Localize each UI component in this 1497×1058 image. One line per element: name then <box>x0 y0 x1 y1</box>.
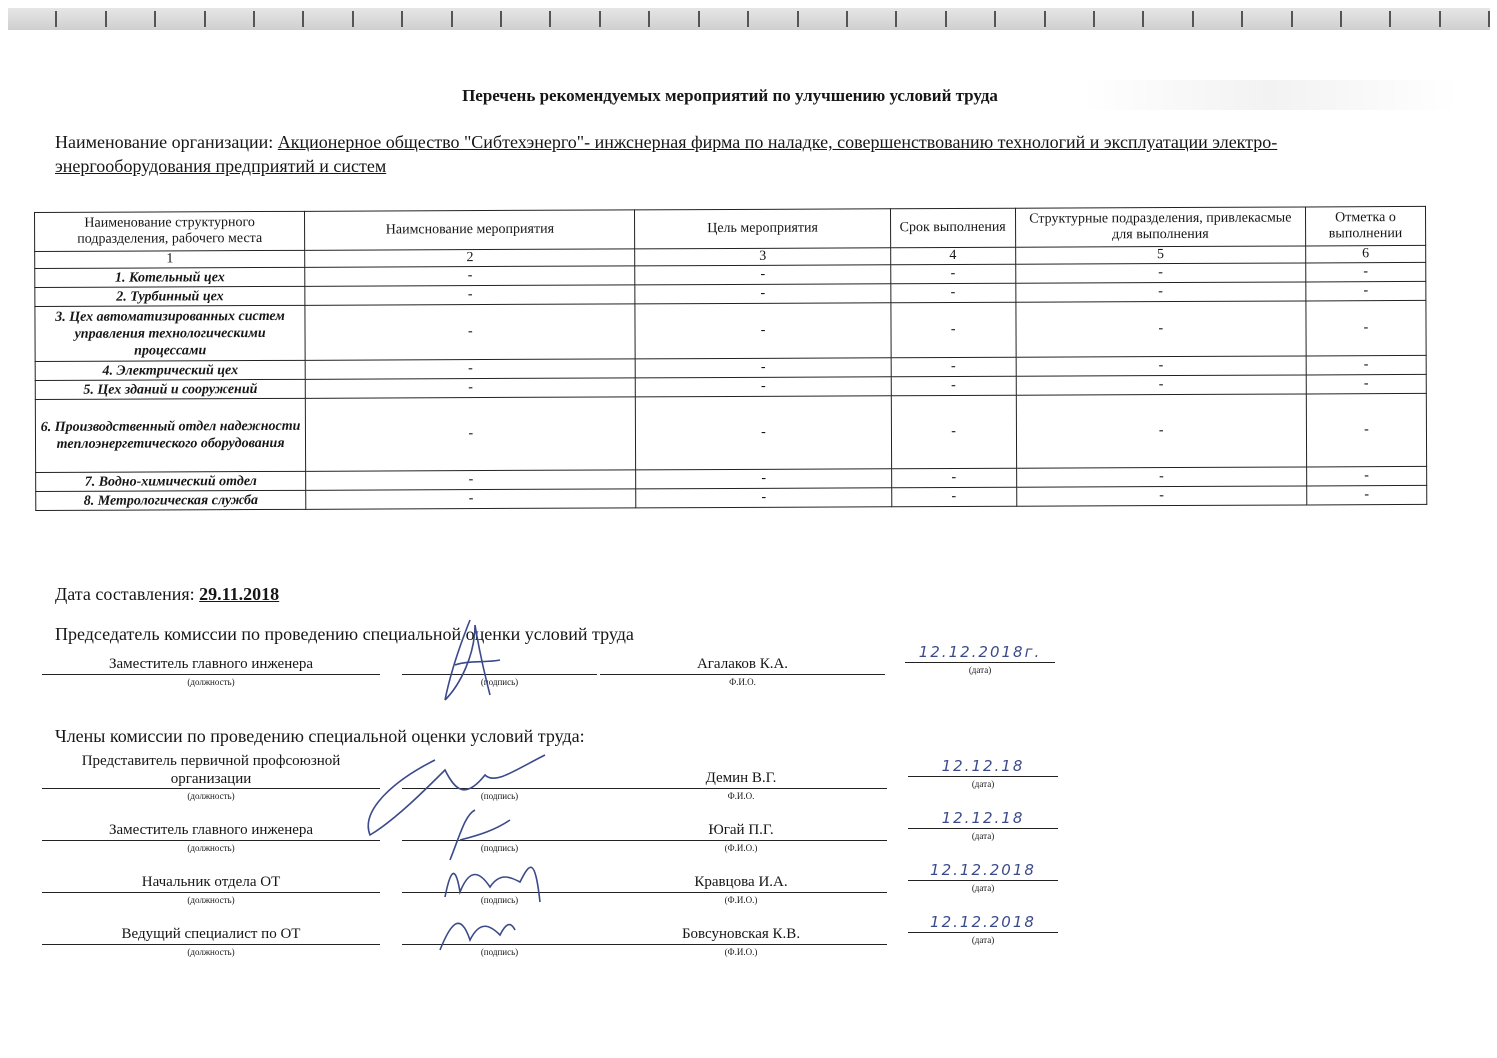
column-number: 2 <box>305 249 635 267</box>
date-caption: (дата) <box>908 883 1058 893</box>
organization-label: Наименование организации: <box>55 132 273 152</box>
members-heading: Члены комиссии по проведению специальной… <box>55 726 585 747</box>
fio-caption: (Ф.И.О.) <box>595 895 887 905</box>
completion-cell: - <box>1306 374 1426 394</box>
chairman-name-field: Агалаков К.А. Ф.И.О. <box>600 656 885 687</box>
deadline-cell: - <box>891 357 1016 377</box>
chairman-date: 12.12.2018г. <box>905 644 1055 663</box>
column-number: 3 <box>635 248 890 266</box>
member-position-field: Представитель первичной профсоюзной орга… <box>42 770 380 801</box>
member-signature-row: Ведущий специалист по ОТ(должность)(подп… <box>0 926 1100 966</box>
member-date: 12.12.2018 <box>908 862 1058 881</box>
completion-cell: - <box>1306 393 1426 467</box>
goal-cell: - <box>635 303 890 359</box>
member-signature-row: Начальник отдела ОТ(должность)(подпись)К… <box>0 874 1100 914</box>
units-cell: - <box>1016 356 1306 376</box>
measure-cell: - <box>305 378 635 398</box>
member-date: 12.12.18 <box>908 758 1058 777</box>
header-measure: Наимснование мероприятия <box>305 210 635 250</box>
department-cell: 2. Турбинный цех <box>35 286 305 306</box>
member-name: Бовсуновская К.В. <box>595 926 887 945</box>
table-header-row: Наименование структурного подразделения,… <box>35 206 1426 251</box>
member-name-field: Кравцова И.А.(Ф.И.О.) <box>595 874 887 905</box>
date-caption: (дата) <box>905 665 1055 675</box>
fio-caption: Ф.И.О. <box>595 791 887 801</box>
goal-cell: - <box>636 488 891 508</box>
column-number: 1 <box>35 250 305 268</box>
date-caption: (дата) <box>908 831 1058 841</box>
deadline-cell: - <box>890 302 1015 358</box>
header-department: Наименование структурного подразделения,… <box>35 211 305 251</box>
deadline-cell: - <box>890 283 1015 303</box>
measure-cell: - <box>306 470 636 490</box>
chairman-position-field: Заместитель главного инженера (должность… <box>42 656 380 687</box>
deadline-cell: - <box>890 264 1015 284</box>
member-position: Заместитель главного инженера <box>42 822 380 841</box>
header-completion-mark: Отметка о выполнении <box>1305 206 1425 246</box>
goal-cell: - <box>635 284 890 304</box>
member-date-field: 12.12.2018(дата) <box>908 874 1058 893</box>
completion-cell: - <box>1306 466 1426 486</box>
completion-cell: - <box>1306 355 1426 375</box>
completion-cell: - <box>1307 485 1427 505</box>
member-date-field: 12.12.18(дата) <box>908 770 1058 789</box>
fio-caption: Ф.И.О. <box>600 677 885 687</box>
deadline-cell: - <box>891 487 1016 507</box>
department-cell: 3. Цех автоматизированных систем управле… <box>35 305 305 361</box>
deadline-cell: - <box>891 468 1016 488</box>
member-position: Начальник отдела ОТ <box>42 874 380 893</box>
units-cell: - <box>1016 375 1306 395</box>
units-cell: - <box>1015 282 1305 302</box>
department-cell: 7. Водно-химический отдел <box>36 471 306 491</box>
goal-cell: - <box>636 358 891 378</box>
goal-cell: - <box>636 396 891 470</box>
department-cell: 8. Метрологическая служба <box>36 490 306 510</box>
member-date-field: 12.12.18(дата) <box>908 822 1058 841</box>
member-name-field: Югай П.Г.(Ф.И.О.) <box>595 822 887 853</box>
member-signature-icon <box>430 900 520 960</box>
header-goal: Цель мероприятия <box>635 209 890 249</box>
column-number: 5 <box>1015 246 1305 264</box>
chairman-date-field: 12.12.2018г. (дата) <box>905 656 1055 675</box>
measures-table: Наименование структурного подразделения,… <box>34 206 1427 511</box>
document-title: Перечень рекомендуемых мероприятий по ул… <box>0 86 1460 106</box>
department-cell: 1. Котельный цех <box>35 267 305 287</box>
position-caption: (должность) <box>42 947 380 957</box>
completion-cell: - <box>1306 281 1426 301</box>
units-cell: - <box>1016 301 1306 357</box>
goal-cell: - <box>636 469 891 489</box>
deadline-cell: - <box>891 395 1016 469</box>
member-name: Демин В.Г. <box>595 770 887 789</box>
date-caption: (дата) <box>908 779 1058 789</box>
member-date: 12.12.18 <box>908 810 1058 829</box>
date-caption: (дата) <box>908 935 1058 945</box>
organization-line: Наименование организации: Акционерное об… <box>55 130 1345 178</box>
member-name: Кравцова И.А. <box>595 874 887 893</box>
table-row: 3. Цех автоматизированных систем управле… <box>35 300 1426 361</box>
chairman-heading: Председатель комиссии по проведению спец… <box>55 624 634 645</box>
member-position-field: Заместитель главного инженера(должность) <box>42 822 380 853</box>
measure-cell: - <box>306 397 637 471</box>
position-caption: (должность) <box>42 791 380 801</box>
compiled-label: Дата составления: <box>55 584 195 604</box>
member-date-field: 12.12.2018(дата) <box>908 926 1058 945</box>
member-name: Югай П.Г. <box>595 822 887 841</box>
completion-cell: - <box>1306 262 1426 282</box>
member-position: Ведущий специалист по ОТ <box>42 926 380 945</box>
measure-cell: - <box>306 489 636 509</box>
member-name-field: Демин В.Г.Ф.И.О. <box>595 770 887 801</box>
chairman-signature-row: Заместитель главного инженера (должность… <box>0 656 1100 696</box>
department-cell: 6. Производственный отдел надежности теп… <box>35 398 306 472</box>
member-date: 12.12.2018 <box>908 914 1058 933</box>
department-cell: 5. Цех зданий и сооружений <box>35 379 305 399</box>
position-caption: (должность) <box>42 895 380 905</box>
member-position-field: Начальник отдела ОТ(должность) <box>42 874 380 905</box>
column-number: 4 <box>890 247 1015 265</box>
measure-cell: - <box>305 304 635 360</box>
scan-binding-edge <box>8 8 1490 30</box>
units-cell: - <box>1015 263 1305 283</box>
units-cell: - <box>1016 467 1306 487</box>
units-cell: - <box>1016 394 1307 468</box>
member-name-field: Бовсуновская К.В.(Ф.И.О.) <box>595 926 887 957</box>
department-cell: 4. Электрический цех <box>35 360 305 380</box>
member-position: Представитель первичной профсоюзной орга… <box>42 752 380 789</box>
deadline-cell: - <box>891 376 1016 396</box>
chairman-position: Заместитель главного инженера <box>42 656 380 675</box>
compiled-date-line: Дата составления: 29.11.2018 <box>55 584 279 605</box>
compiled-date: 29.11.2018 <box>199 584 279 604</box>
table-row: 6. Производственный отдел надежности теп… <box>35 393 1426 472</box>
position-caption: (должность) <box>42 677 380 687</box>
goal-cell: - <box>636 377 891 397</box>
measure-cell: - <box>305 359 635 379</box>
goal-cell: - <box>635 265 890 285</box>
fio-caption: (Ф.И.О.) <box>595 843 887 853</box>
header-deadline: Срок выполнения <box>890 208 1015 248</box>
position-caption: (должность) <box>42 843 380 853</box>
member-position-field: Ведущий специалист по ОТ(должность) <box>42 926 380 957</box>
measure-cell: - <box>305 285 635 305</box>
measure-cell: - <box>305 266 635 286</box>
column-number: 6 <box>1306 245 1426 263</box>
header-units-involved: Структурные подразделения, привлекасмые … <box>1015 207 1305 247</box>
fio-caption: (Ф.И.О.) <box>595 947 887 957</box>
completion-cell: - <box>1306 300 1426 356</box>
chairman-name: Агалаков К.А. <box>600 656 885 675</box>
chairman-signature-icon <box>430 615 520 710</box>
units-cell: - <box>1016 486 1306 506</box>
